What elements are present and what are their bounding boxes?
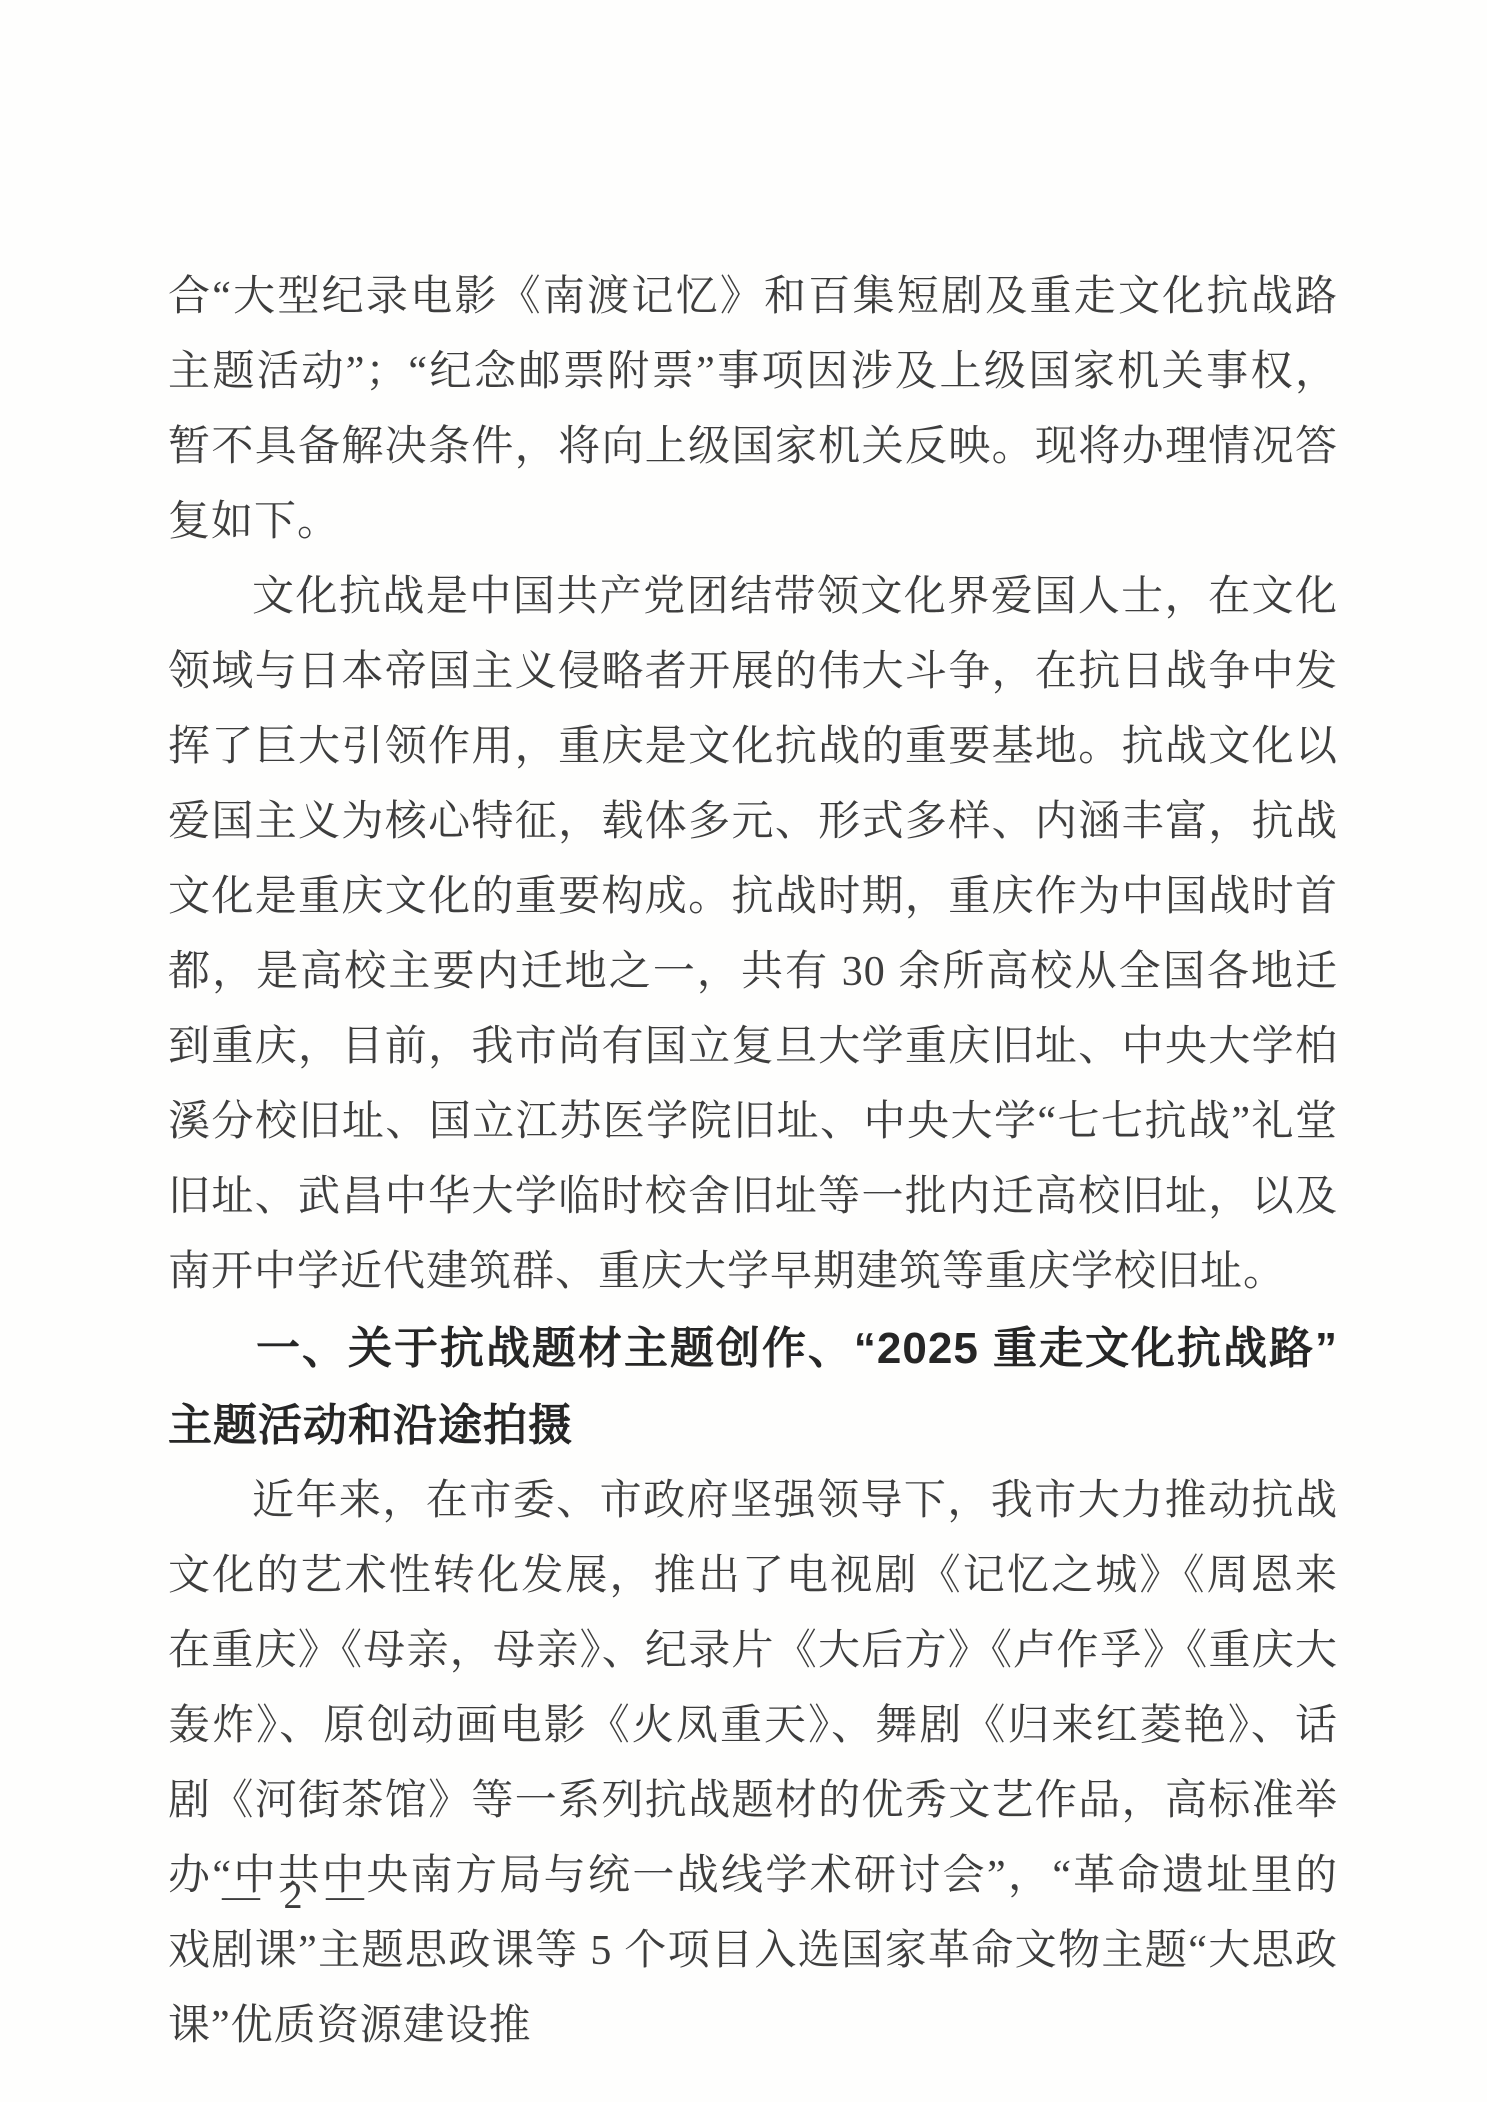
document-page: 合“大型纪录电影《南渡记忆》和百集短剧及重走文化抗战路主题活动”；“纪念邮票附票… [0,0,1487,2102]
section-heading-one: 一、关于抗战题材主题创作、“2025 重走文化抗战路”主题活动和沿途拍摄 [168,1310,1338,1464]
paragraph-recent-achievements: 近年来，在市委、市政府坚强领导下，我市大力推动抗战文化的艺术性转化发展，推出了电… [168,1464,1338,2064]
paragraph-reply-status-continuation: 合“大型纪录电影《南渡记忆》和百集短剧及重走文化抗战路主题活动”；“纪念邮票附票… [168,260,1338,560]
paragraph-cultural-resistance-background: 文化抗战是中国共产党团结带领文化界爱国人士，在文化领域与日本帝国主义侵略者开展的… [168,560,1338,1310]
page-number: — 2 — [222,1874,371,1918]
document-text-block: 合“大型纪录电影《南渡记忆》和百集短剧及重走文化抗战路主题活动”；“纪念邮票附票… [168,260,1338,2064]
